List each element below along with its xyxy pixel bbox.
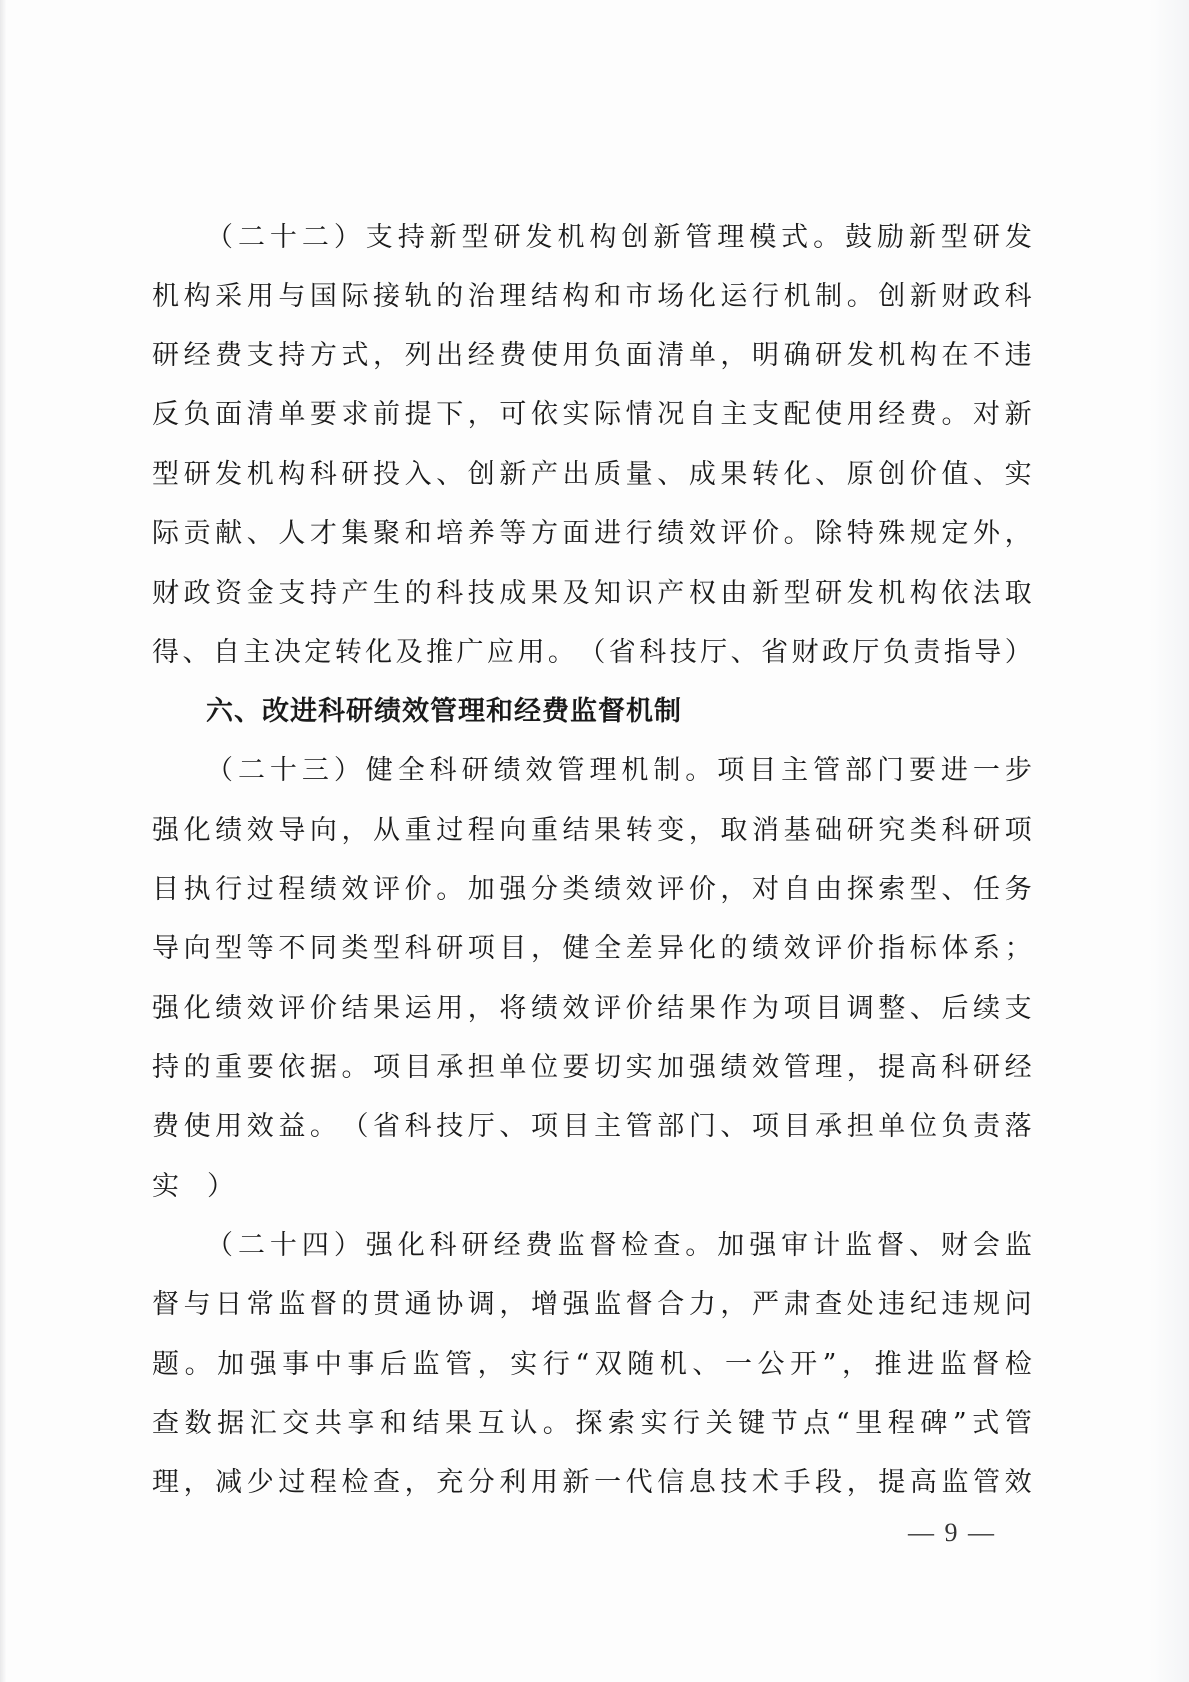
glyph: 化: [184, 989, 211, 1029]
glyph: 科: [941, 811, 968, 851]
glyph: ）: [334, 751, 361, 791]
section-heading: 六、改进科研绩效管理和经费监督机制: [206, 692, 1032, 732]
glyph: 新: [499, 455, 526, 495]
glyph: 进: [941, 751, 968, 791]
glyph: 标: [910, 929, 937, 969]
glyph: 型: [373, 929, 400, 969]
glyph: 绩: [215, 989, 242, 1029]
glyph: 索: [608, 1404, 635, 1444]
glyph: 项: [1005, 811, 1032, 851]
glyph: 评: [720, 514, 747, 554]
glyph: 二: [238, 751, 265, 791]
glyph: 型: [910, 870, 937, 910]
text-line: 际贡献、人才集聚和培养等方面进行绩效评价。除特殊规定外，: [152, 514, 1032, 554]
glyph: 利: [499, 1463, 526, 1503]
glyph: 出: [436, 336, 463, 376]
glyph: 的: [341, 1285, 368, 1325]
glyph: 行: [543, 1345, 570, 1385]
glyph: 机: [557, 218, 584, 258]
glyph: 与: [278, 277, 305, 317]
glyph: 技: [670, 633, 697, 673]
glyph: 、: [247, 514, 274, 554]
glyph: 取: [720, 811, 747, 851]
glyph: 强: [250, 1345, 277, 1385]
glyph: 十: [270, 1226, 297, 1266]
glyph: 目: [749, 751, 776, 791]
glyph: 指: [944, 633, 971, 673]
glyph: ，: [842, 1345, 869, 1385]
glyph: 、: [973, 455, 1000, 495]
glyph: 价: [910, 455, 937, 495]
glyph: 题: [152, 1345, 179, 1385]
glyph: 情: [626, 395, 653, 435]
glyph: 新: [909, 218, 936, 258]
glyph: 二: [302, 218, 329, 258]
glyph: 导: [152, 929, 179, 969]
glyph: 培: [436, 514, 463, 554]
glyph: 决: [274, 633, 301, 673]
glyph: 管: [784, 1048, 811, 1088]
glyph: 依: [531, 395, 558, 435]
glyph: 下: [436, 395, 463, 435]
glyph: 提: [878, 1463, 905, 1503]
glyph: 成: [499, 574, 526, 614]
glyph: 出: [563, 455, 590, 495]
glyph: 。: [185, 1345, 212, 1385]
glyph: 转: [752, 455, 779, 495]
glyph: 检: [621, 1226, 648, 1266]
glyph: 政: [184, 574, 211, 614]
glyph: 提: [878, 1048, 905, 1088]
glyph: 使: [184, 1107, 211, 1147]
glyph: 切: [594, 1048, 621, 1088]
glyph: 强: [689, 1048, 716, 1088]
glyph: 贡: [184, 514, 211, 554]
glyph: 发: [847, 336, 874, 376]
glyph: 绩: [215, 811, 242, 851]
glyph: 与: [184, 1285, 211, 1325]
glyph: 管: [973, 1463, 1000, 1503]
glyph: 双: [595, 1345, 622, 1385]
glyph: 管: [685, 218, 712, 258]
glyph: 定: [304, 633, 331, 673]
glyph: 交: [282, 1404, 309, 1444]
glyph: 产: [657, 574, 684, 614]
glyph: 代: [626, 1463, 653, 1503]
glyph: 评: [594, 989, 621, 1029]
glyph: 过: [436, 811, 463, 851]
glyph: 支: [366, 218, 393, 258]
glyph: 后: [380, 1345, 407, 1385]
glyph: 加: [717, 1226, 744, 1266]
glyph: 、: [941, 870, 968, 910]
glyph: 检: [341, 1463, 368, 1503]
text-line: 实）: [152, 1167, 1032, 1207]
text-line: 强化绩效评价结果运用，将绩效评价结果作为项目调整、后续支: [152, 989, 1032, 1029]
glyph: 效: [247, 811, 274, 851]
glyph: 用: [563, 336, 590, 376]
glyph: 等: [499, 514, 526, 554]
glyph: 和: [380, 1404, 407, 1444]
glyph: ；: [1005, 929, 1032, 969]
glyph: 任: [973, 870, 1000, 910]
glyph: 际: [341, 277, 368, 317]
glyph: ”: [823, 1345, 837, 1385]
glyph: 的: [405, 574, 432, 614]
glyph: 基: [784, 811, 811, 851]
glyph: 运: [720, 277, 747, 317]
glyph: 依: [278, 1048, 305, 1088]
glyph: 常: [247, 1285, 274, 1325]
glyph: 推: [426, 633, 453, 673]
glyph: 由: [720, 574, 747, 614]
glyph: 础: [815, 811, 842, 851]
glyph: 督: [589, 1226, 616, 1266]
text-line: （二十三）健全科研绩效管理机制。项目主管部门要进一步: [206, 751, 1032, 791]
glyph: 市: [626, 277, 653, 317]
glyph: 负: [184, 395, 211, 435]
glyph: 分: [468, 1463, 495, 1503]
glyph: 持: [310, 574, 337, 614]
glyph: 、: [182, 633, 209, 673]
glyph: 监: [845, 1226, 872, 1266]
glyph: 效: [341, 870, 368, 910]
glyph: 面: [215, 395, 242, 435]
glyph: 新: [910, 277, 937, 317]
glyph: 研: [973, 811, 1000, 851]
glyph: 门: [877, 751, 904, 791]
glyph: 系: [973, 929, 1000, 969]
glyph: 投: [373, 455, 400, 495]
glyph: 调: [468, 1285, 495, 1325]
glyph: 果: [594, 811, 621, 851]
glyph: 绩: [720, 1048, 747, 1088]
glyph: 导: [974, 633, 1001, 673]
glyph: 新: [653, 218, 680, 258]
glyph: 结: [563, 811, 590, 851]
glyph: 督: [972, 1345, 999, 1385]
glyph: 科: [436, 574, 463, 614]
glyph: 程: [888, 1404, 915, 1444]
glyph: 差: [626, 929, 653, 969]
glyph: 不: [973, 336, 1000, 376]
glyph: 随: [627, 1345, 654, 1385]
glyph: 。: [436, 870, 463, 910]
glyph: （: [206, 751, 233, 791]
glyph: 际: [594, 395, 621, 435]
glyph: 管: [1005, 1404, 1032, 1444]
glyph: 转: [335, 633, 362, 673]
glyph: 。: [813, 218, 840, 258]
glyph: 及: [396, 633, 423, 673]
glyph: 费: [910, 395, 937, 435]
glyph: 、: [692, 1345, 719, 1385]
glyph: 研: [494, 218, 521, 258]
text-line: 持的重要依据。项目承担单位要切实加强绩效管理，提高科研经: [152, 1048, 1032, 1088]
glyph: “: [575, 1345, 589, 1385]
glyph: 机: [878, 336, 905, 376]
glyph: 部: [657, 1107, 684, 1147]
glyph: 养: [468, 514, 495, 554]
glyph: 实: [1005, 455, 1032, 495]
glyph: 经: [468, 336, 495, 376]
glyph: 绩: [657, 514, 684, 554]
glyph: 一: [594, 1463, 621, 1503]
glyph: 程: [278, 870, 305, 910]
glyph: 目: [405, 1048, 432, 1088]
glyph: 化: [184, 811, 211, 851]
glyph: 节: [771, 1404, 798, 1444]
glyph: 新: [1005, 395, 1032, 435]
glyph: 值: [941, 455, 968, 495]
glyph: 支: [278, 574, 305, 614]
glyph: 价: [626, 989, 653, 1029]
glyph: 作: [720, 989, 747, 1029]
glyph: 科: [310, 455, 337, 495]
glyph: 承: [815, 1107, 842, 1147]
glyph: 轨: [405, 277, 432, 317]
text-line: 导向型等不同类型科研项目，健全差异化的绩效评价指标体系；: [152, 929, 1032, 969]
glyph: 创: [621, 218, 648, 258]
glyph: 化: [689, 277, 716, 317]
glyph: 机: [878, 574, 905, 614]
glyph: 监: [557, 1226, 584, 1266]
glyph: 型: [152, 455, 179, 495]
glyph: ，: [478, 1345, 505, 1385]
text-line: 强化绩效导向，从重过程向重结果转变，取消基础研究类科研项: [152, 811, 1032, 851]
glyph: （: [578, 633, 605, 673]
glyph: 消: [752, 811, 779, 851]
glyph: 价: [405, 870, 432, 910]
text-line: 反负面清单要求前提下，可依实际情况自主支配使用经费。对新: [152, 395, 1032, 435]
glyph: 献: [215, 514, 242, 554]
glyph: 研: [815, 574, 842, 614]
glyph: 健: [563, 929, 590, 969]
glyph: 究: [878, 811, 905, 851]
glyph: 探: [575, 1404, 602, 1444]
glyph: 化: [689, 929, 716, 969]
glyph: ，: [184, 1463, 211, 1503]
glyph: 效: [689, 514, 716, 554]
glyph: 对: [973, 395, 1000, 435]
text-line: 研经费支持方式，列出经费使用负面清单，明确研发机构在不违: [152, 336, 1032, 376]
glyph: 、: [910, 989, 937, 1029]
glyph: 加: [468, 870, 495, 910]
glyph: 一: [973, 751, 1000, 791]
glyph: ，: [689, 811, 716, 851]
glyph: 位: [910, 1107, 937, 1147]
glyph: 研: [847, 811, 874, 851]
glyph: 类: [910, 811, 937, 851]
glyph: 碑: [920, 1404, 947, 1444]
glyph: 研: [815, 336, 842, 376]
glyph: 强: [499, 870, 526, 910]
glyph: 创: [878, 277, 905, 317]
glyph: 费: [499, 336, 526, 376]
glyph: 持: [278, 336, 305, 376]
glyph: 费: [152, 1107, 179, 1147]
glyph: 支: [1005, 989, 1032, 1029]
glyph: ”: [953, 1404, 967, 1444]
glyph: 日: [215, 1285, 242, 1325]
glyph: 场: [657, 277, 684, 317]
glyph: 研: [152, 336, 179, 376]
glyph: 落: [1005, 1107, 1032, 1147]
text-line: 机构采用与国际接轨的治理结构和市场化运行机制。创新财政科: [152, 277, 1032, 317]
glyph: 果: [445, 1404, 472, 1444]
glyph: 财: [792, 633, 819, 673]
text-line: 财政资金支持产生的科技成果及知识产权由新型研发机构依法取: [152, 574, 1032, 614]
glyph: 效: [752, 1048, 779, 1088]
glyph: 依: [941, 574, 968, 614]
glyph: 况: [657, 395, 684, 435]
glyph: 国: [310, 277, 337, 317]
glyph: 评: [278, 989, 305, 1029]
glyph: 得: [152, 633, 179, 673]
glyph: 构: [589, 218, 616, 258]
glyph: 型: [784, 574, 811, 614]
glyph: 单: [689, 336, 716, 376]
glyph: 查: [815, 1285, 842, 1325]
glyph: 实: [510, 1345, 537, 1385]
glyph: 厅: [700, 633, 727, 673]
glyph: 审: [781, 1226, 808, 1266]
glyph: 主: [243, 633, 270, 673]
glyph: 、: [815, 455, 842, 495]
glyph: 段: [815, 1463, 842, 1503]
glyph: 指: [878, 929, 905, 969]
glyph: 承: [436, 1048, 463, 1088]
glyph: 理: [717, 218, 744, 258]
glyph: 的: [436, 277, 463, 317]
glyph: “: [836, 1404, 850, 1444]
glyph: 肃: [784, 1285, 811, 1325]
glyph: 担: [468, 1048, 495, 1088]
glyph: 监: [594, 1285, 621, 1325]
glyph: 要: [310, 395, 337, 435]
glyph: 集: [341, 514, 368, 554]
glyph: 通: [405, 1285, 432, 1325]
glyph: 高: [910, 1048, 937, 1088]
glyph: 绩: [310, 870, 337, 910]
glyph: ）: [1005, 633, 1032, 673]
glyph: 务: [1005, 870, 1032, 910]
glyph: 式: [341, 336, 368, 376]
glyph: 明: [752, 336, 779, 376]
glyph: 异: [657, 929, 684, 969]
glyph: 目: [563, 1107, 590, 1147]
glyph: 支: [247, 336, 274, 376]
glyph: 理: [815, 1048, 842, 1088]
glyph: 价: [310, 989, 337, 1029]
glyph: 用: [531, 1463, 558, 1503]
glyph: 管: [445, 1345, 472, 1385]
page-number: — 9 —: [897, 1515, 1007, 1551]
glyph: （: [206, 1226, 233, 1266]
glyph: 政: [973, 277, 1000, 317]
glyph: 探: [847, 870, 874, 910]
glyph: 化: [398, 1226, 425, 1266]
glyph: 负: [594, 336, 621, 376]
glyph: 原: [847, 455, 874, 495]
glyph: ，: [468, 395, 495, 435]
glyph: 结: [413, 1404, 440, 1444]
glyph: 机: [660, 1345, 687, 1385]
glyph: 合: [657, 1285, 684, 1325]
glyph: 要: [563, 1048, 590, 1088]
glyph: 目: [815, 989, 842, 1029]
glyph: 互: [478, 1404, 505, 1444]
glyph: 自: [784, 870, 811, 910]
glyph: 取: [1005, 574, 1032, 614]
glyph: 事: [347, 1345, 374, 1385]
glyph: 执: [184, 870, 211, 910]
glyph: 模: [749, 218, 776, 258]
glyph: 为: [752, 989, 779, 1029]
glyph: 面: [626, 336, 653, 376]
glyph: ，: [720, 1285, 747, 1325]
glyph: 制: [653, 751, 680, 791]
glyph: 财: [941, 1226, 968, 1266]
glyph: 目: [784, 1107, 811, 1147]
glyph: 主: [720, 395, 747, 435]
glyph: （: [206, 218, 233, 258]
glyph: 创: [468, 455, 495, 495]
glyph: 负: [883, 633, 910, 673]
glyph: 人: [278, 514, 305, 554]
glyph: 效: [526, 751, 553, 791]
glyph: 项: [468, 929, 495, 969]
glyph: 持: [152, 1048, 179, 1088]
glyph: 励: [877, 218, 904, 258]
glyph: 、: [657, 455, 684, 495]
glyph: 要: [247, 1048, 274, 1088]
glyph: 研: [462, 751, 489, 791]
glyph: 绩: [752, 929, 779, 969]
glyph: 发: [215, 455, 242, 495]
glyph: 效: [247, 989, 274, 1029]
glyph: 、: [720, 1107, 747, 1147]
glyph: 用: [847, 395, 874, 435]
glyph: 行: [626, 514, 653, 554]
glyph: 据: [310, 1048, 337, 1088]
glyph: 可: [499, 395, 526, 435]
glyph: 治: [468, 277, 495, 317]
glyph: 机: [621, 751, 648, 791]
text-line: 目执行过程绩效评价。加强分类绩效评价，对自由探索型、任务: [152, 870, 1032, 910]
glyph: 新: [752, 574, 779, 614]
glyph: 技: [468, 574, 495, 614]
glyph: 和: [405, 514, 432, 554]
glyph: 二: [238, 1226, 265, 1266]
glyph: 担: [847, 1107, 874, 1147]
glyph: 强: [152, 989, 179, 1029]
glyph: 类: [563, 870, 590, 910]
glyph: 键: [738, 1404, 765, 1444]
glyph: 果: [720, 455, 747, 495]
glyph: 里: [855, 1404, 882, 1444]
glyph: 化: [784, 455, 811, 495]
glyph: 开: [790, 1345, 817, 1385]
glyph: 研: [973, 218, 1000, 258]
glyph: 入: [405, 455, 432, 495]
glyph: 加: [217, 1345, 244, 1385]
glyph: 理: [589, 751, 616, 791]
glyph: 果: [531, 574, 558, 614]
glyph: 财: [941, 277, 968, 317]
glyph: 推: [875, 1345, 902, 1385]
glyph: 评: [373, 870, 400, 910]
